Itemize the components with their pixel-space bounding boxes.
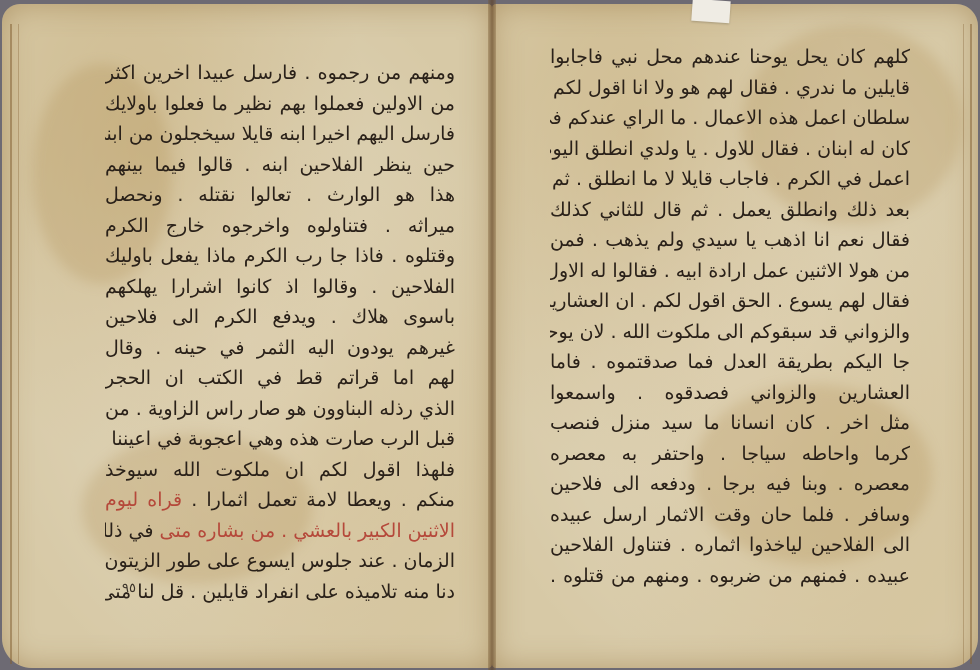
paper-tab bbox=[691, 0, 730, 23]
text-line: معصره . وبنا فيه برجا . ودفعه الى فلاحين bbox=[550, 469, 910, 500]
text-line: سلطان اعمل هذه الاعمال . ما الراي عندكم … bbox=[550, 103, 910, 134]
text-line-with-rubric: منكم . ويعطا لامة تعمل اثمارا . قراه ليو… bbox=[105, 485, 455, 516]
text-line: وقتلوه . فاذا جا رب الكرم ماذا يفعل باول… bbox=[105, 241, 455, 272]
text-line: غيرهم يودون اليه الثمر في حينه . وقال bbox=[105, 333, 455, 364]
text-line: الى الفلاحين لياخذوا اثماره . فتناول الف… bbox=[550, 530, 910, 561]
open-manuscript: ومنهم من رجموه . فارسل عبيدا اخرين اكثر … bbox=[0, 0, 980, 670]
rubric-line: الاثنين الكبير بالعشي . من بشاره متى في … bbox=[105, 516, 455, 547]
page-edge bbox=[963, 24, 972, 664]
text-line: فقال نعم انا اذهب يا سيدي ولم يذهب . فمن bbox=[550, 225, 910, 256]
text-line: حين ينظر الفلاحين ابنه . قالوا فيما بينه… bbox=[105, 150, 455, 181]
text-line: فارسل اليهم اخيرا ابنه قايلا سيخجلون من … bbox=[105, 119, 455, 150]
text-line: عبيده . فمنهم من ضربوه . ومنهم من قتلوه … bbox=[550, 561, 910, 592]
text-line: دنا منه تلاميذه على انفراد قايلين . قل ل… bbox=[105, 577, 455, 608]
text-line: قايلين ما ندري . فقال لهم هو ولا انا اقو… bbox=[550, 73, 910, 104]
text-segment: منكم . ويعطا لامة تعمل اثمارا . bbox=[191, 489, 455, 511]
text-line: والزواني قد سبقوكم الى ملكوت الله . لان … bbox=[550, 317, 910, 348]
text-line: من هولا الاثنين عمل ارادة ابيه . فقالوا … bbox=[550, 256, 910, 287]
text-line: قبل الرب صارت هذه وهي اعجوبة في اعيننا . bbox=[105, 424, 455, 455]
page-edge bbox=[10, 24, 19, 664]
text-line: الذي رذله البناوون هو صار راس الزاوية . … bbox=[105, 394, 455, 425]
rubric-heading: الاثنين الكبير بالعشي . من بشاره متى bbox=[160, 520, 455, 542]
text-line: بعد ذلك وانطلق يعمل . ثم قال للثاني كذلك bbox=[550, 195, 910, 226]
text-line: جا اليكم بطريقة العدل فما صدقتموه . فاما bbox=[550, 347, 910, 378]
text-line: ميراثه . فتناولوه واخرجوه خارج الكرم bbox=[105, 211, 455, 242]
text-line: هذا هو الوارث . تعالوا نقتله . ونحصل bbox=[105, 180, 455, 211]
text-line: الزمان . عند جلوس ايسوع على طور الزيتون bbox=[105, 546, 455, 577]
text-line: ومنهم من رجموه . فارسل عبيدا اخرين اكثر bbox=[105, 58, 455, 89]
text-line: وسافر . فلما حان وقت الاثمار ارسل عبيده bbox=[550, 500, 910, 531]
text-line: مثل اخر . كان انسانا ما سيد منزل فنصب bbox=[550, 408, 910, 439]
text-segment: في ذلك bbox=[105, 520, 153, 542]
text-line: فلهذا اقول لكم ان ملكوت الله سيوخذ bbox=[105, 455, 455, 486]
text-line: اعمل في الكرم . فاجاب قايلا لا ما انطلق … bbox=[550, 164, 910, 195]
text-line: لهم اما قراتم قط في الكتب ان الحجر bbox=[105, 363, 455, 394]
rubric-heading: قراه ليوم bbox=[105, 489, 182, 511]
text-line: كان له ابنان . فقال للاول . يا ولدي انطل… bbox=[550, 134, 910, 165]
text-line: العشارين والزواني فصدقوه . واسمعوا bbox=[550, 378, 910, 409]
text-line: باسوى هلاك . ويدفع الكرم الى فلاحين bbox=[105, 302, 455, 333]
text-line: الفلاحين . وقالوا اذ كانوا اشرارا يهلكهم bbox=[105, 272, 455, 303]
folio-number: ٩٥ bbox=[122, 581, 136, 596]
right-page-text: كلهم كان يحل يوحنا عندهم محل نبي فاجابوا… bbox=[550, 42, 910, 591]
left-page-text: ومنهم من رجموه . فارسل عبيدا اخرين اكثر … bbox=[105, 58, 455, 607]
text-line: كرما واحاطه سياجا . واحتفر به معصره bbox=[550, 439, 910, 470]
text-line: كلهم كان يحل يوحنا عندهم محل نبي فاجابوا bbox=[550, 42, 910, 73]
text-line: فقال لهم يسوع . الحق اقول لكم . ان العشا… bbox=[550, 286, 910, 317]
binding-gutter bbox=[488, 0, 496, 670]
text-line: من الاولين فعملوا بهم نظير ما فعلوا باول… bbox=[105, 89, 455, 120]
